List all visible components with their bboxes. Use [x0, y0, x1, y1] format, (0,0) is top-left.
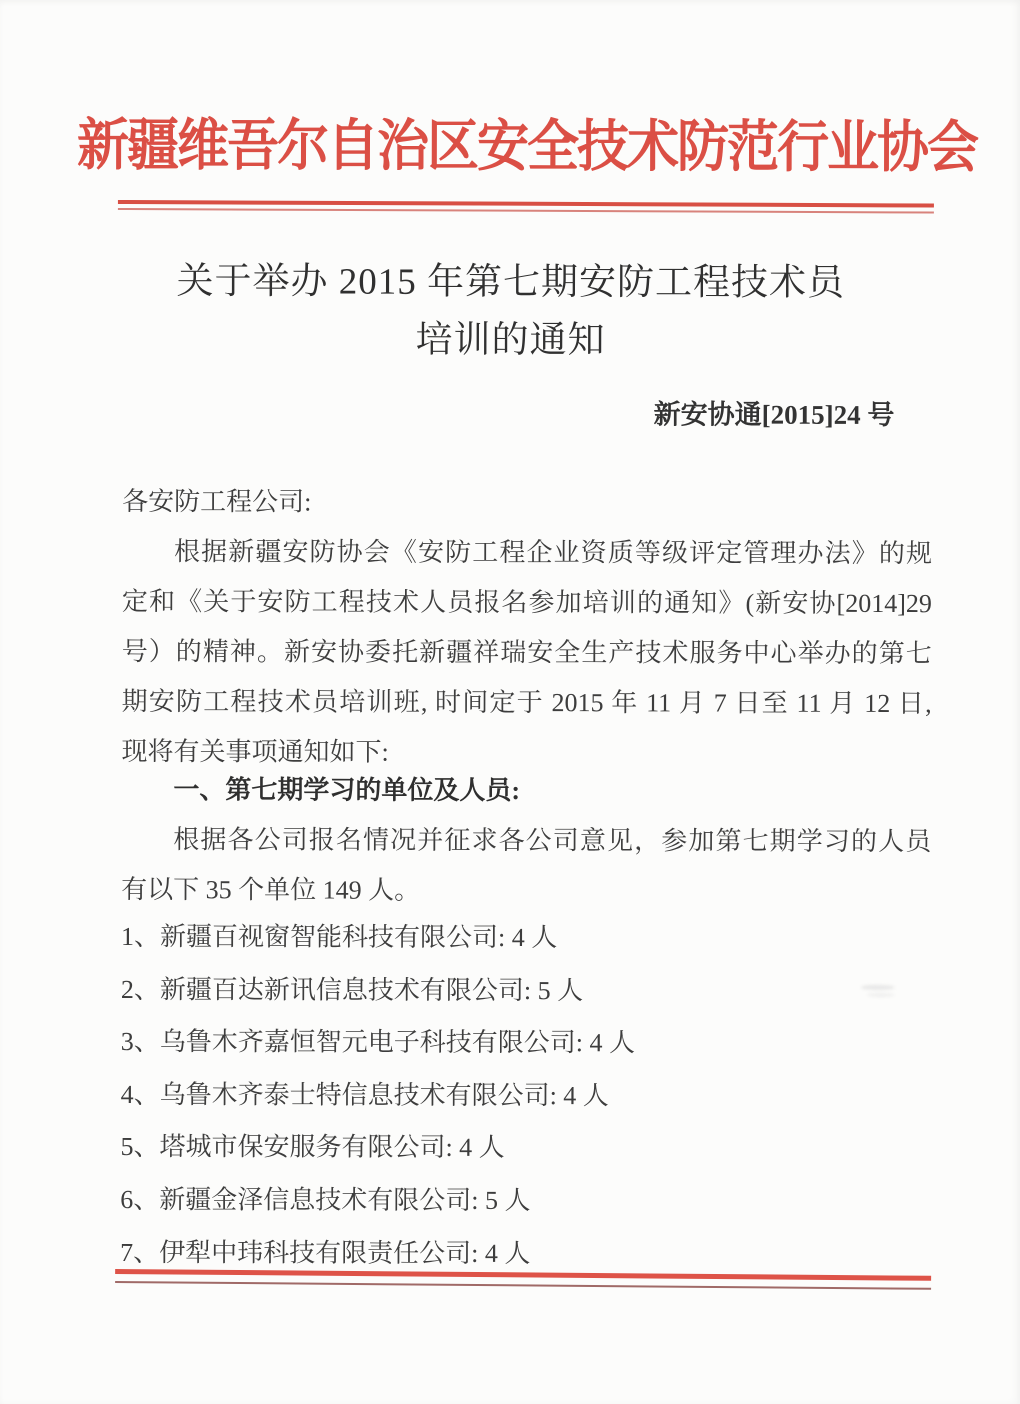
footer-divider-thin [115, 1281, 931, 1290]
intro-paragraph-line: 根据新疆安防协会《安防工程企业资质等级评定管理办法》的规 [122, 527, 932, 579]
letterhead-org-name: 新疆维吾尔自治区安全技术防范行业协会 [47, 112, 1007, 184]
section1-paragraph: 根据各公司报名情况并征求各公司意见，参加第七期学习的人员有以下 35 个单位 1… [121, 815, 931, 917]
section1-paragraph-line: 有以下 35 个单位 149 人。 [121, 865, 931, 917]
section1-paragraph-line: 根据各公司报名情况并征求各公司意见，参加第七期学习的人员 [121, 815, 931, 867]
document-title-line2: 培训的通知 [416, 320, 606, 361]
company-list-item: 6、新疆金泽信息技术有限公司: 5 人 [120, 1174, 930, 1229]
header-divider-thin [118, 208, 934, 214]
salutation: 各安防工程公司: [122, 477, 932, 529]
company-list-item: 2、新疆百达新讯信息技术有限公司: 5 人 [121, 964, 931, 1019]
document-title-line1: 关于举办 2015 年第七期安防工程技术员 [176, 261, 845, 304]
company-list: 1、新疆百视窗智能科技有限公司: 4 人2、新疆百达新讯信息技术有限公司: 5 … [120, 911, 931, 1281]
intro-paragraph-line: 期安防工程技术员培训班, 时间定于 2015 年 11 月 7 日至 11 月 … [122, 677, 932, 729]
scan-artifact [861, 985, 895, 990]
document-body: 各安防工程公司: 根据新疆安防协会《安防工程企业资质等级评定管理办法》的规定和《… [120, 477, 932, 1281]
company-list-item: 5、塔城市保安服务有限公司: 4 人 [120, 1121, 930, 1176]
company-list-item: 1、新疆百视窗智能科技有限公司: 4 人 [121, 911, 931, 966]
document-number: 新安协通[2015]24 号 [122, 391, 894, 432]
document-title: 关于举办 2015 年第七期安防工程技术员 培训的通知 [106, 253, 916, 371]
section-heading-1: 一、第七期学习的单位及人员: [121, 765, 931, 817]
document-page: 新疆维吾尔自治区安全技术防范行业协会 关于举办 2015 年第七期安防工程技术员… [0, 0, 1020, 1404]
intro-paragraph-line: 号）的精神。新安协委托新疆祥瑞安全生产技术服务中心举办的第七 [122, 627, 932, 679]
header-divider-thick [118, 200, 934, 208]
intro-paragraph-line: 定和《关于安防工程技术人员报名参加培训的通知》(新安协[2014]29 [122, 577, 932, 629]
intro-paragraph: 根据新疆安防协会《安防工程企业资质等级评定管理办法》的规定和《关于安防工程技术人… [121, 527, 932, 779]
company-list-item: 3、乌鲁木齐嘉恒智元电子科技有限公司: 4 人 [121, 1016, 931, 1071]
company-list-item: 4、乌鲁木齐泰士特信息技术有限公司: 4 人 [121, 1069, 931, 1124]
scanned-document-content: 新疆维吾尔自治区安全技术防范行业协会 关于举办 2015 年第七期安防工程技术员… [0, 0, 1020, 1404]
scan-artifact [867, 993, 895, 997]
